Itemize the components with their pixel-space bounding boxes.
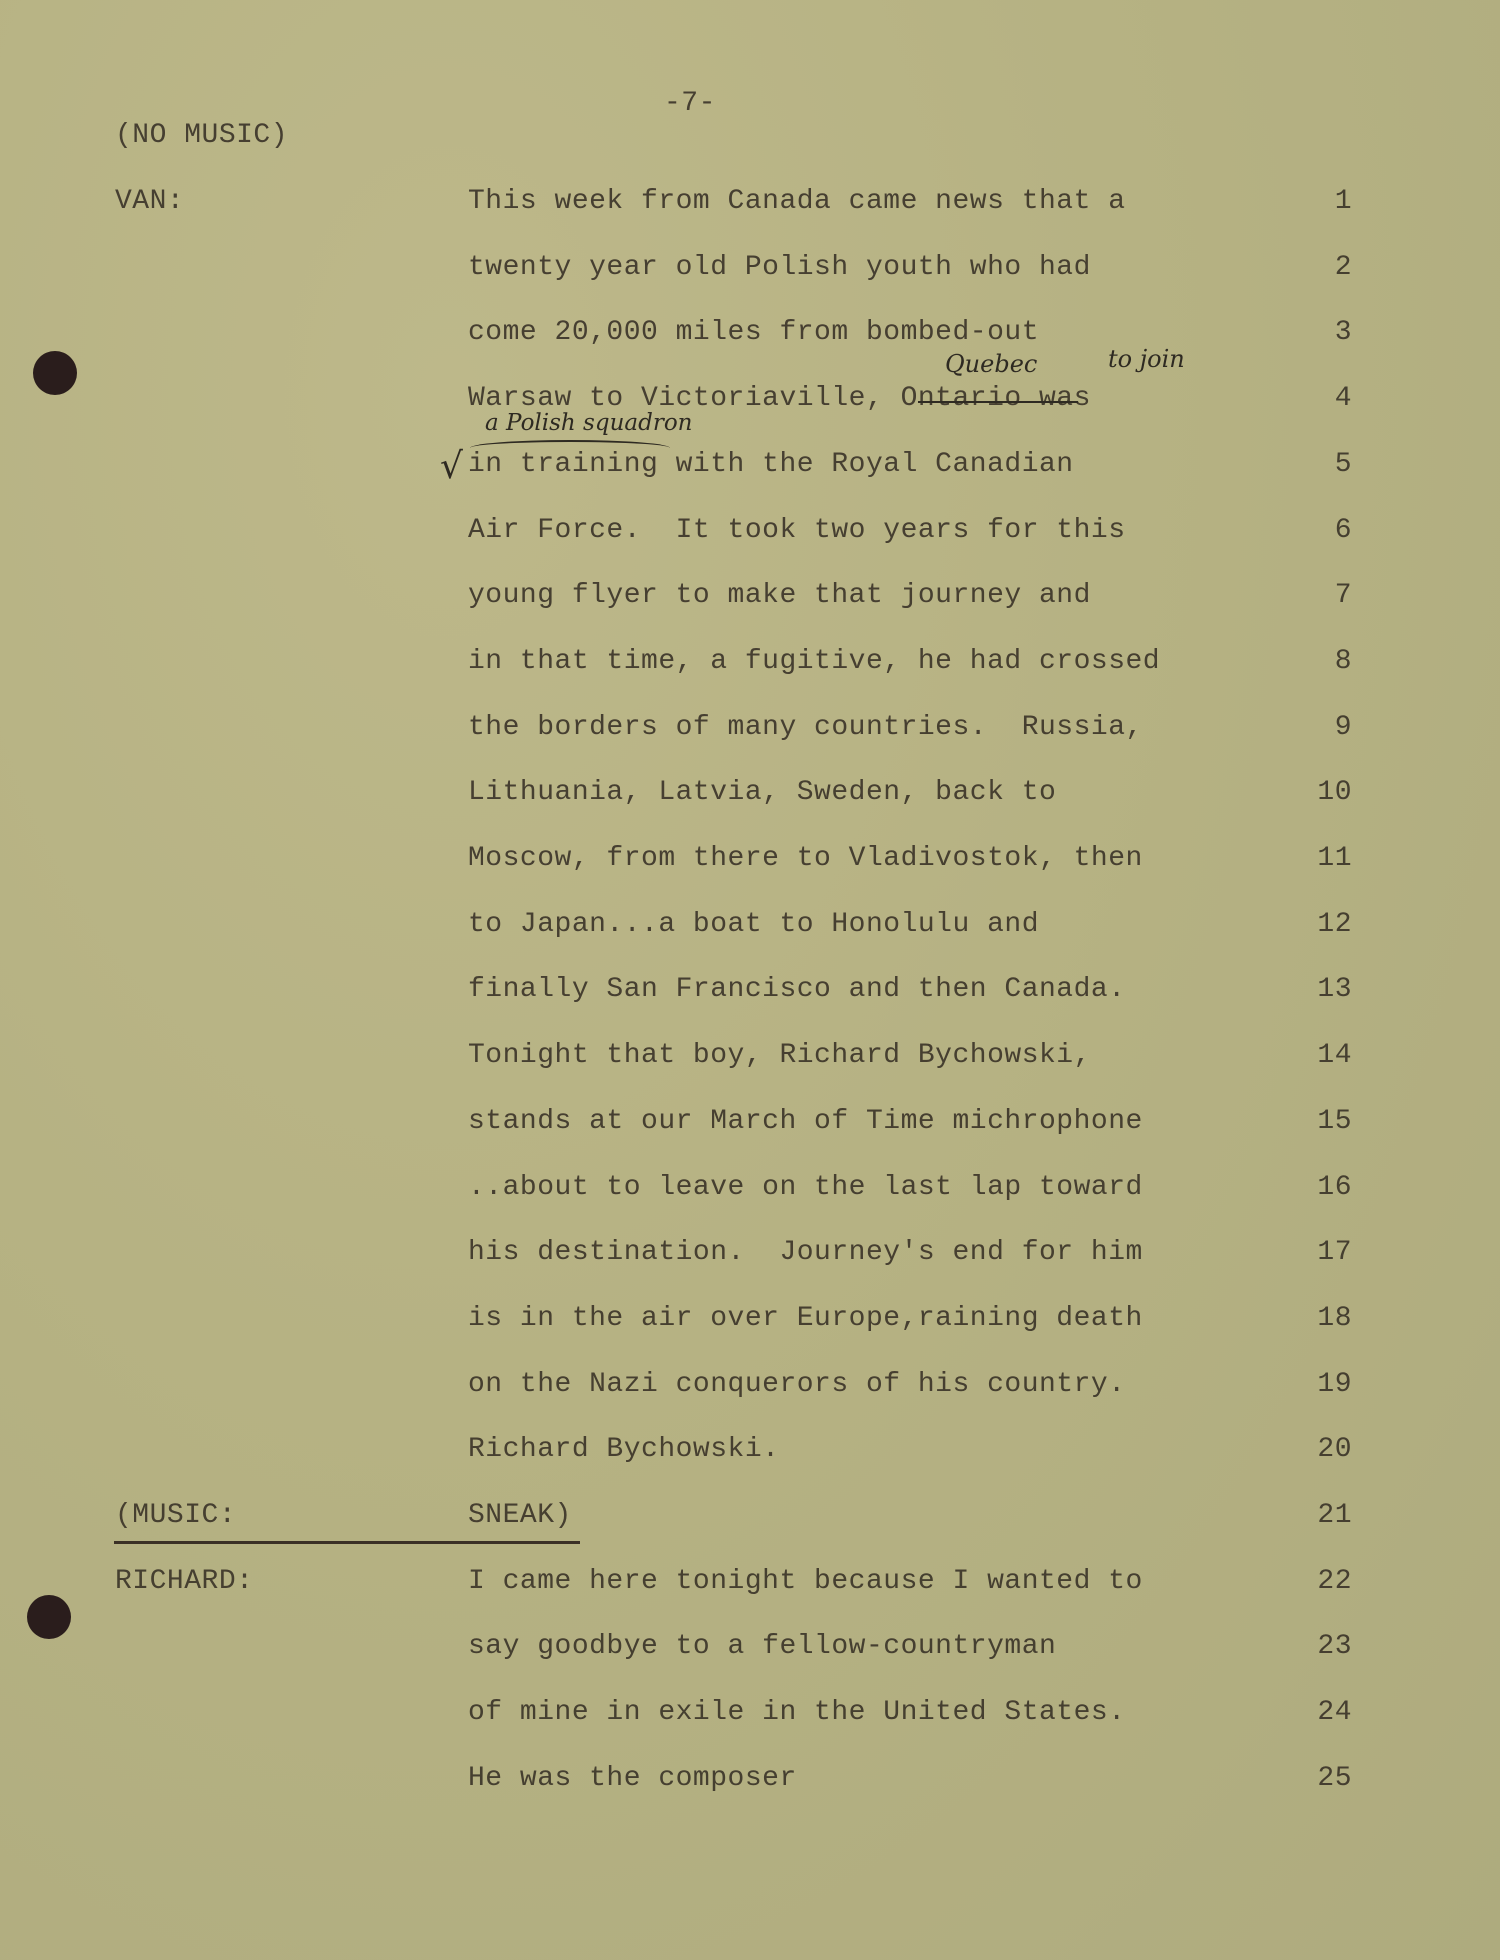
script-line-text: say goodbye to a fellow-countryman bbox=[468, 1633, 1056, 1661]
line-number: 16 bbox=[1317, 1174, 1352, 1202]
script-line-text: stands at our March of Time michrophone bbox=[468, 1108, 1143, 1136]
line-number: 18 bbox=[1317, 1305, 1352, 1333]
line-number: 25 bbox=[1317, 1765, 1352, 1793]
line-number: 3 bbox=[1335, 319, 1352, 347]
handwritten-a-polish-squadron: a Polish squadron bbox=[485, 410, 692, 436]
line-number: 22 bbox=[1317, 1568, 1352, 1596]
script-line-text: Lithuania, Latvia, Sweden, back to bbox=[468, 779, 1056, 807]
script-page: -7- (NO MUSIC) VAN:(MUSIC:RICHARD: This … bbox=[0, 0, 1500, 1960]
line-number: 7 bbox=[1335, 582, 1352, 610]
script-line-text: to Japan...a boat to Honolulu and bbox=[468, 911, 1039, 939]
line-number: 21 bbox=[1317, 1502, 1352, 1530]
line-number: 14 bbox=[1317, 1042, 1352, 1070]
line-number: 2 bbox=[1335, 254, 1352, 282]
line-number: 4 bbox=[1335, 385, 1352, 413]
line-number: 15 bbox=[1317, 1108, 1352, 1136]
line-number: 1 bbox=[1335, 188, 1352, 216]
script-line-text: come 20,000 miles from bombed-out bbox=[468, 319, 1039, 347]
script-line-text: the borders of many countries. Russia, bbox=[468, 714, 1143, 742]
script-line-text: I came here tonight because I wanted to bbox=[468, 1568, 1143, 1596]
script-line-text: his destination. Journey's end for him bbox=[468, 1239, 1143, 1267]
page-number: -7- bbox=[664, 90, 716, 118]
line-number: 10 bbox=[1317, 779, 1352, 807]
speaker-label: (MUSIC: bbox=[115, 1502, 236, 1530]
line-number: 20 bbox=[1317, 1436, 1352, 1464]
script-line-text: He was the composer bbox=[468, 1765, 797, 1793]
speaker-label: VAN: bbox=[115, 188, 184, 216]
script-line-text: young flyer to make that journey and bbox=[468, 582, 1091, 610]
line-number: 11 bbox=[1317, 845, 1352, 873]
script-line-text: is in the air over Europe,raining death bbox=[468, 1305, 1143, 1333]
line-number: 9 bbox=[1335, 714, 1352, 742]
punch-hole-bottom bbox=[27, 1595, 71, 1639]
script-line-text: Warsaw to Victoriaville, Ontario was bbox=[468, 385, 1091, 413]
line-number: 13 bbox=[1317, 976, 1352, 1004]
script-line-text: in that time, a fugitive, he had crossed bbox=[468, 648, 1160, 676]
line-number: 19 bbox=[1317, 1371, 1352, 1399]
script-line-text: This week from Canada came news that a bbox=[468, 188, 1126, 216]
script-line-text: Air Force. It took two years for this bbox=[468, 517, 1126, 545]
line-number: 5 bbox=[1335, 451, 1352, 479]
script-line-text: Richard Bychowski. bbox=[468, 1436, 779, 1464]
line-number: 23 bbox=[1317, 1633, 1352, 1661]
script-line-text: of mine in exile in the United States. bbox=[468, 1699, 1126, 1727]
line-number: 24 bbox=[1317, 1699, 1352, 1727]
script-line-text: on the Nazi conquerors of his country. bbox=[468, 1371, 1126, 1399]
punch-hole-top bbox=[33, 351, 77, 395]
script-line-text: ..about to leave on the last lap toward bbox=[468, 1174, 1143, 1202]
insertion-line bbox=[470, 440, 670, 456]
script-line-text: finally San Francisco and then Canada. bbox=[468, 976, 1126, 1004]
line-number: 12 bbox=[1317, 911, 1352, 939]
music-cue: (NO MUSIC) bbox=[115, 122, 288, 150]
insertion-check-mark: √ bbox=[440, 446, 463, 487]
strikethrough-ontario-was bbox=[918, 401, 1078, 403]
script-line-text: Moscow, from there to Vladivostok, then bbox=[468, 845, 1143, 873]
script-line-text: twenty year old Polish youth who had bbox=[468, 254, 1091, 282]
line-number: 6 bbox=[1335, 517, 1352, 545]
handwritten-quebec: Quebec bbox=[945, 350, 1037, 378]
music-cue-underline bbox=[114, 1541, 580, 1544]
handwritten-to-join: to join bbox=[1108, 345, 1185, 373]
speaker-label: RICHARD: bbox=[115, 1568, 253, 1596]
line-number: 8 bbox=[1335, 648, 1352, 676]
script-line-text: SNEAK) bbox=[468, 1502, 572, 1530]
line-number: 17 bbox=[1317, 1239, 1352, 1267]
script-line-text: Tonight that boy, Richard Bychowski, bbox=[468, 1042, 1091, 1070]
